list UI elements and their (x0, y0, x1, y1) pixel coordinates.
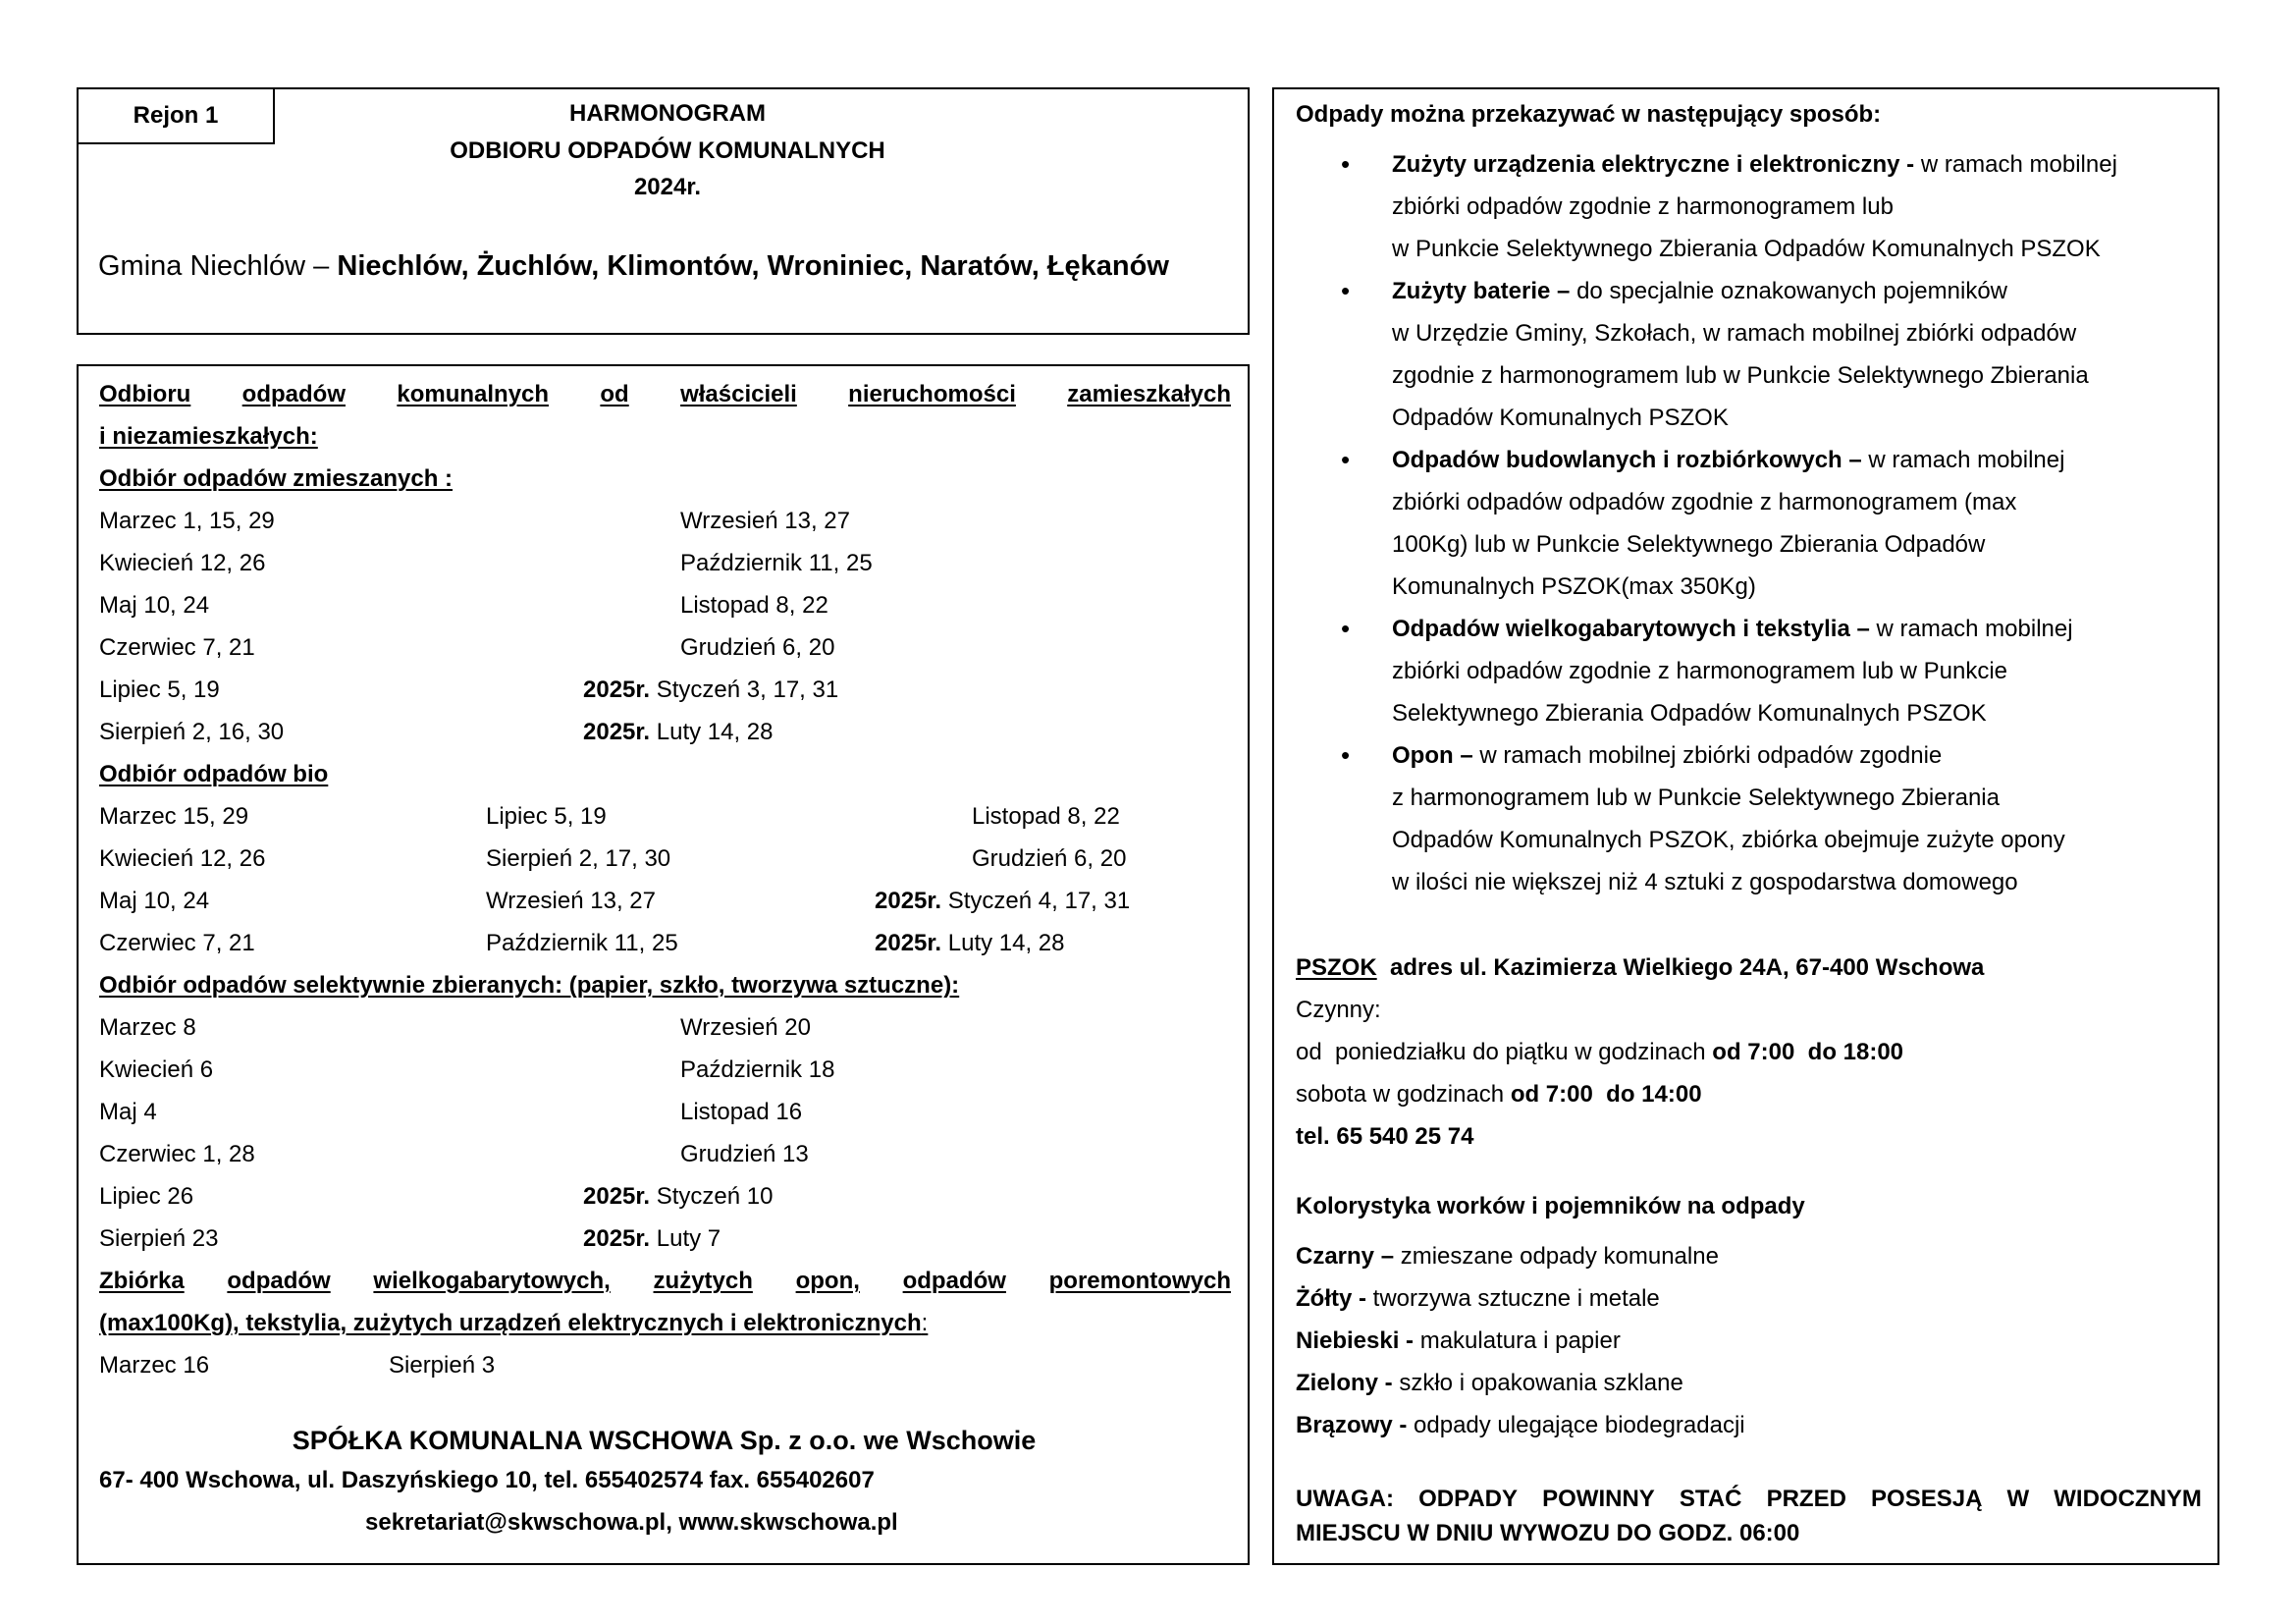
pszok-weekdays: od poniedziałku do piątku w godzinach od… (1296, 1039, 1903, 1066)
mixed-date: 2025r. Luty 14, 28 (583, 711, 774, 753)
word: od (600, 373, 628, 415)
bag-color-desc: makulatura i papier (1414, 1327, 1621, 1354)
bag-color-desc: szkło i opakowania szklane (1393, 1370, 1683, 1396)
bio-date: Maj 10, 24 (99, 880, 209, 922)
company-address: 67- 400 Wschowa, ul. Daszyńskiego 10, te… (99, 1467, 875, 1494)
warning-line1: UWAGA:ODPADYPOWINNYSTAĆPRZEDPOSESJĄWWIDO… (1296, 1478, 2202, 1520)
word: odpadów (227, 1260, 330, 1302)
info-heading: Odpady można przekazywać w następujący s… (1296, 101, 1881, 129)
bio-heading: Odbiór odpadów bio (99, 753, 328, 795)
bio-date: Marzec 15, 29 (99, 795, 248, 838)
saturday-text: sobota w godzinach (1296, 1081, 1511, 1108)
year-label: 2025r. (583, 677, 650, 703)
selective-heading: Odbiór odpadów selektywnie zbieranych: (… (99, 964, 959, 1006)
date-text: Styczeń 3, 17, 31 (650, 677, 838, 703)
mixed-date: Sierpień 2, 16, 30 (99, 711, 284, 753)
title-odbioru: ODBIORU ODPADÓW KOMUNALNYCH (177, 137, 1158, 165)
method-desc: w ramach mobilnej zbiórki odpadów zgodni… (1473, 742, 1943, 769)
word: ODPADY (1418, 1478, 1518, 1520)
word: poremontowych (1049, 1260, 1231, 1302)
selective-date: Lipiec 26 (99, 1175, 193, 1218)
date-text: Luty 14, 28 (941, 930, 1064, 956)
pszok-label: PSZOK (1296, 954, 1377, 981)
bag-color-item: Żółty - tworzywa sztuczne i metale (1296, 1277, 1660, 1320)
bulky-date-1: Marzec 16 (99, 1344, 209, 1386)
bio-date: Kwiecień 12, 26 (99, 838, 265, 880)
selective-date: Listopad 16 (680, 1091, 802, 1133)
selective-date: Wrzesień 20 (680, 1006, 811, 1049)
method-item-first-line: Opon – w ramach mobilnej zbiórki odpadów… (1392, 734, 1942, 777)
mixed-date: 2025r. Styczeń 3, 17, 31 (583, 669, 838, 711)
word: komunalnych (397, 373, 549, 415)
year-label: 2025r. (583, 719, 650, 745)
mixed-heading: Odbiór odpadów zmieszanych : (99, 458, 453, 500)
bag-color-name: Czarny – (1296, 1243, 1394, 1270)
bullet-icon: • (1341, 270, 1350, 312)
method-desc-line: zbiórki odpadów zgodnie z harmonogramem … (1392, 650, 2007, 692)
weekdays-hours: od 7:00 do 18:00 (1712, 1039, 1903, 1065)
pszok-saturday: sobota w godzinach od 7:00 do 14:00 (1296, 1081, 1702, 1109)
bag-color-name: Brązowy - (1296, 1412, 1407, 1438)
bullet-icon: • (1341, 608, 1350, 650)
selective-date: Czerwiec 1, 28 (99, 1133, 255, 1175)
date-text: Styczeń 4, 17, 31 (941, 888, 1130, 914)
title-year: 2024r. (177, 174, 1158, 201)
bio-date: 2025r. Styczeń 4, 17, 31 (875, 880, 1130, 922)
method-desc-line: Selektywnego Zbierania Odpadów Komunalny… (1392, 692, 1987, 734)
word: WIDOCZNYM (2054, 1478, 2202, 1520)
date-text: Luty 7 (650, 1225, 721, 1252)
bio-date: Sierpień 2, 17, 30 (486, 838, 670, 880)
bag-color-item: Czarny – zmieszane odpady komunalne (1296, 1235, 1719, 1277)
mixed-date: Kwiecień 12, 26 (99, 542, 265, 584)
method-desc-line: z harmonogramem lub w Punkcie Selektywne… (1392, 777, 2000, 819)
selective-date: Maj 4 (99, 1091, 157, 1133)
word: UWAGA: (1296, 1478, 1394, 1520)
word: POSESJĄ (1871, 1478, 1982, 1520)
method-name: Odpadów budowlanych i rozbiórkowych – (1392, 447, 1862, 473)
bulky-heading-line1: Zbiórkaodpadówwielkogabarytowych,zużytyc… (99, 1260, 1231, 1302)
schedule-intro-line1: Odbioruodpadówkomunalnychodwłaścicielini… (99, 373, 1231, 415)
gmina-localities: Niechlów, Żuchlów, Klimontów, Wroniniec,… (337, 250, 1169, 282)
method-desc-line: w Urzędzie Gminy, Szkołach, w ramach mob… (1392, 312, 2076, 354)
colors-heading: Kolorystyka worków i pojemników na odpad… (1296, 1193, 1805, 1220)
word: POWINNY (1542, 1478, 1655, 1520)
method-desc-line: Odpadów Komunalnych PSZOK, zbiórka obejm… (1392, 819, 2065, 861)
mixed-date: Wrzesień 13, 27 (680, 500, 850, 542)
method-desc: do specjalnie oznakowanych pojemników (1570, 278, 2007, 304)
mixed-date: Marzec 1, 15, 29 (99, 500, 275, 542)
bio-date: Październik 11, 25 (486, 922, 678, 964)
selective-date: Grudzień 13 (680, 1133, 809, 1175)
bio-date: Wrzesień 13, 27 (486, 880, 656, 922)
method-name: Zużyty baterie – (1392, 278, 1570, 304)
bullet-icon: • (1341, 734, 1350, 777)
method-name: Odpadów wielkogabarytowych i tekstylia – (1392, 616, 1870, 642)
word: Odbioru (99, 373, 190, 415)
method-desc-line: zbiórki odpadów zgodnie z harmonogramem … (1392, 186, 1894, 228)
method-desc-line: Odpadów Komunalnych PSZOK (1392, 397, 1729, 439)
method-desc-line: w ilości nie większej niż 4 sztuki z gos… (1392, 861, 2018, 903)
method-desc-line: w Punkcie Selektywnego Zbierania Odpadów… (1392, 228, 2101, 270)
warning-line2: MIEJSCU W DNIU WYWOZU DO GODZ. 06:00 (1296, 1520, 1799, 1547)
word: W (2007, 1478, 2030, 1520)
gmina-prefix: Gmina Niechlów – (98, 250, 337, 282)
selective-date: 2025r. Styczeń 10 (583, 1175, 773, 1218)
bag-color-name: Zielony - (1296, 1370, 1393, 1396)
method-desc-line: Komunalnych PSZOK(max 350Kg) (1392, 566, 1756, 608)
bio-date: 2025r. Luty 14, 28 (875, 922, 1065, 964)
word: odpadów (242, 373, 346, 415)
method-name: Opon – (1392, 742, 1473, 769)
method-item-first-line: Odpadów wielkogabarytowych i tekstylia –… (1392, 608, 2073, 650)
pszok-open-label: Czynny: (1296, 997, 1381, 1024)
mixed-date: Lipiec 5, 19 (99, 669, 220, 711)
bag-color-desc: tworzywa sztuczne i metale (1366, 1285, 1660, 1312)
title-harmonogram: HARMONOGRAM (177, 100, 1158, 128)
bio-date: Listopad 8, 22 (972, 795, 1120, 838)
method-desc-line: zgodnie z harmonogramem lub w Punkcie Se… (1392, 354, 2089, 397)
method-item-first-line: Zużyty baterie – do specjalnie oznakowan… (1392, 270, 2007, 312)
word: STAĆ (1680, 1478, 1742, 1520)
selective-date: Październik 18 (680, 1049, 834, 1091)
date-text: Luty 14, 28 (650, 719, 773, 745)
bag-color-name: Niebieski - (1296, 1327, 1414, 1354)
selective-date: 2025r. Luty 7 (583, 1218, 721, 1260)
word: odpadów (903, 1260, 1006, 1302)
weekdays-text: od poniedziałku do piątku w godzinach (1296, 1039, 1712, 1065)
method-desc-line: 100Kg) lub w Punkcie Selektywnego Zbiera… (1392, 523, 1985, 566)
bulky-heading-line2: (max100Kg), tekstylia, zużytych urządzeń… (99, 1302, 928, 1344)
bullet-icon: • (1341, 143, 1350, 186)
word: PRZED (1767, 1478, 1846, 1520)
mixed-date: Grudzień 6, 20 (680, 626, 834, 669)
word: zamieszkałych (1067, 373, 1231, 415)
mixed-date: Czerwiec 7, 21 (99, 626, 255, 669)
company-name: SPÓŁKA KOMUNALNA WSCHOWA Sp. z o.o. we W… (79, 1426, 1250, 1456)
pszok-phone: tel. 65 540 25 74 (1296, 1123, 1473, 1151)
bag-color-desc: odpady ulegające biodegradacji (1407, 1412, 1744, 1438)
saturday-hours: od 7:00 do 14:00 (1511, 1081, 1702, 1108)
bullet-icon: • (1341, 439, 1350, 481)
bio-date: Lipiec 5, 19 (486, 795, 607, 838)
word: nieruchomości (848, 373, 1016, 415)
method-desc: w ramach mobilnej (1870, 616, 2073, 642)
mixed-date: Listopad 8, 22 (680, 584, 828, 626)
year-label: 2025r. (583, 1225, 650, 1252)
year-label: 2025r. (875, 888, 941, 914)
bio-date: Grudzień 6, 20 (972, 838, 1126, 880)
method-desc: w ramach mobilnej (1862, 447, 2065, 473)
word: wielkogabarytowych, (373, 1260, 610, 1302)
pszok-address: adres ul. Kazimierza Wielkiego 24A, 67-4… (1377, 954, 1985, 981)
bag-color-item: Brązowy - odpady ulegające biodegradacji (1296, 1404, 1745, 1446)
method-name: Zużyty urządzenia elektryczne i elektron… (1392, 151, 1914, 178)
mixed-date: Październik 11, 25 (680, 542, 873, 584)
bio-date: Czerwiec 7, 21 (99, 922, 255, 964)
bag-color-desc: zmieszane odpady komunalne (1394, 1243, 1719, 1270)
pszok-address-line: PSZOK adres ul. Kazimierza Wielkiego 24A… (1296, 954, 1984, 982)
word: Zbiórka (99, 1260, 185, 1302)
bulky-heading-text: (max100Kg), tekstylia, zużytych urządzeń… (99, 1310, 922, 1336)
gmina-line: Gmina Niechlów – Niechlów, Żuchlów, Klim… (98, 250, 1169, 283)
bag-color-name: Żółty - (1296, 1285, 1366, 1312)
company-contact[interactable]: sekretariat@skwschowa.pl, www.skwschowa.… (365, 1509, 898, 1537)
mixed-date: Maj 10, 24 (99, 584, 209, 626)
year-label: 2025r. (583, 1183, 650, 1210)
date-text: Styczeń 10 (650, 1183, 773, 1210)
bag-color-item: Niebieski - makulatura i papier (1296, 1320, 1621, 1362)
schedule-intro-line2: i niezamieszkałych: (99, 415, 318, 458)
method-item-first-line: Zużyty urządzenia elektryczne i elektron… (1392, 143, 2117, 186)
word: opon, (796, 1260, 860, 1302)
bulky-date-2: Sierpień 3 (389, 1344, 495, 1386)
word: zużytych (654, 1260, 753, 1302)
selective-date: Sierpień 23 (99, 1218, 218, 1260)
year-label: 2025r. (875, 930, 941, 956)
word: właścicieli (680, 373, 797, 415)
method-item-first-line: Odpadów budowlanych i rozbiórkowych – w … (1392, 439, 2064, 481)
method-desc: w ramach mobilnej (1914, 151, 2117, 178)
method-desc-line: zbiórki odpadów odpadów zgodnie z harmon… (1392, 481, 2016, 523)
bag-color-item: Zielony - szkło i opakowania szklane (1296, 1362, 1683, 1404)
bulky-heading-colon: : (922, 1310, 929, 1336)
selective-date: Marzec 8 (99, 1006, 196, 1049)
selective-date: Kwiecień 6 (99, 1049, 213, 1091)
